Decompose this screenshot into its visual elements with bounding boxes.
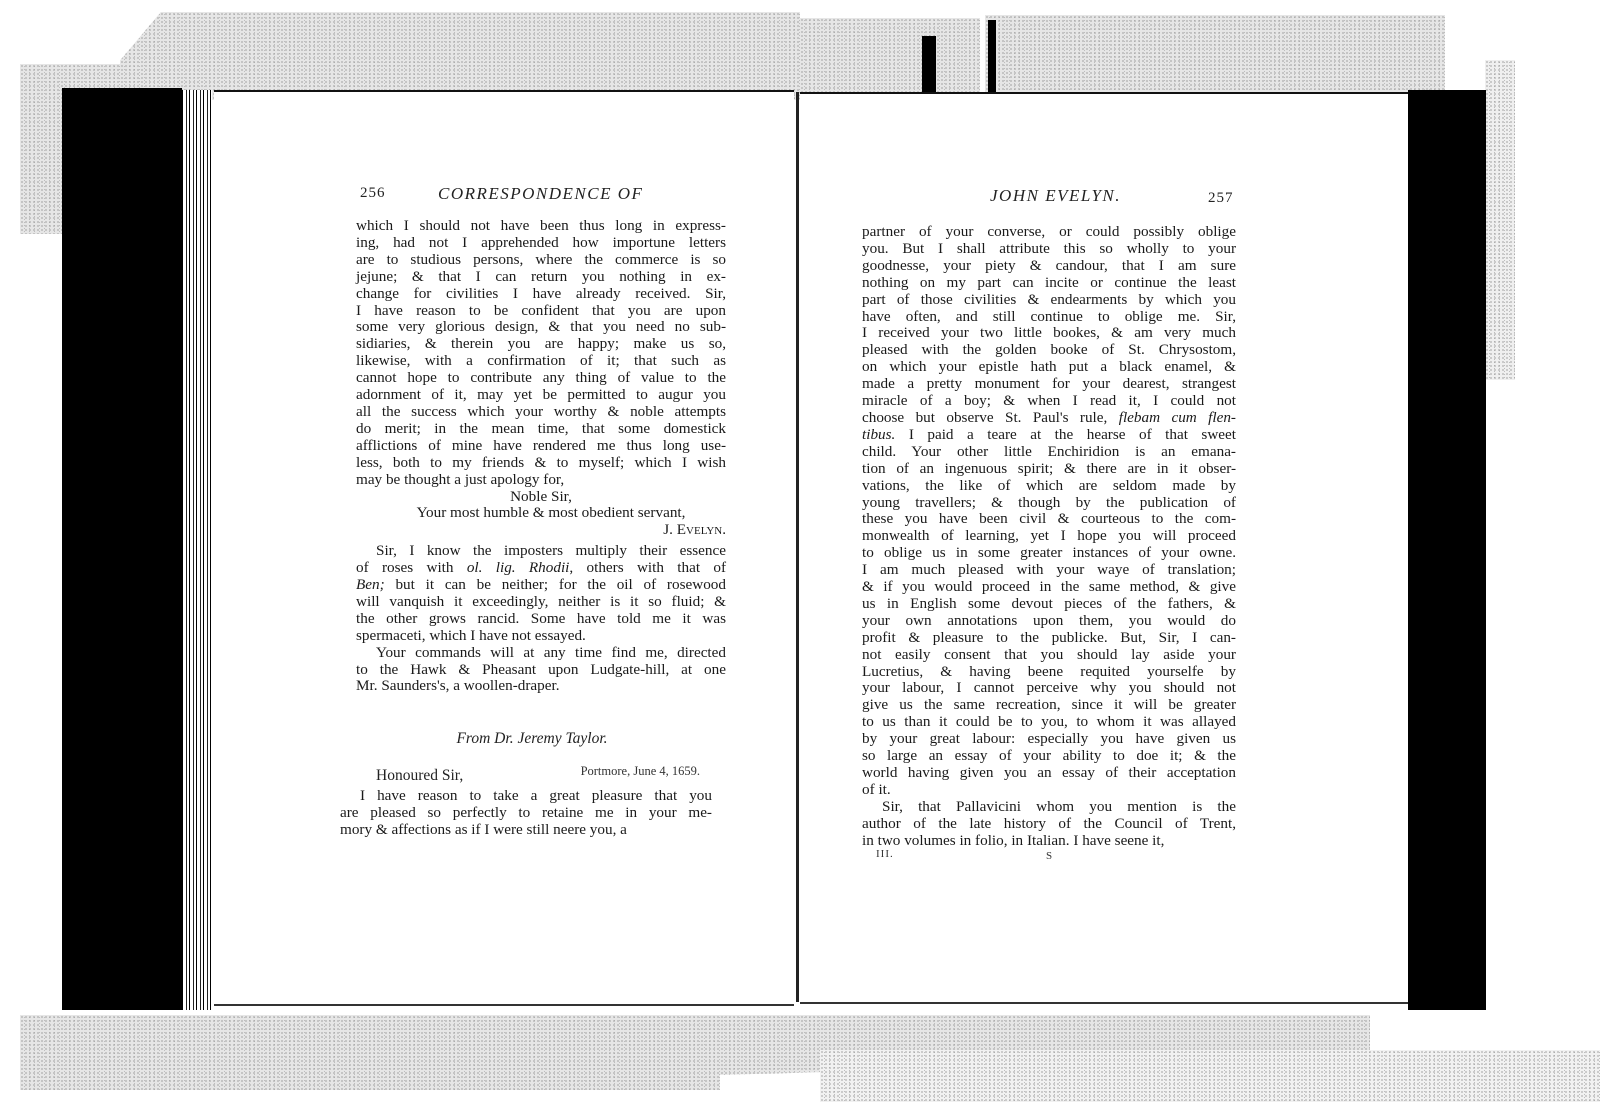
scan-noise: [120, 12, 800, 100]
text-line: afflictions of mine have rendered me thu…: [356, 438, 726, 455]
text-line: in two volumes in folio, in Italian. I h…: [862, 833, 1236, 850]
text-line: nothing on my part can incite or continu…: [862, 275, 1236, 292]
text-line: may be thought a just apology for,: [356, 472, 726, 489]
text-line: profit & pleasure to the publicke. But, …: [862, 630, 1236, 647]
page-number-right: 257: [1208, 190, 1234, 207]
text-line: world having given you an essay of their…: [862, 765, 1236, 782]
letter-heading: From Dr. Jeremy Taylor.: [340, 730, 724, 748]
text-line: spermaceti, which I have not essayed.: [356, 628, 726, 645]
text-line: give us the same recreation, since it wi…: [862, 697, 1236, 714]
text-line: jejune; & that I can return you nothing …: [356, 269, 726, 286]
postscript: Sir, I know the imposters multiply their…: [356, 543, 726, 644]
text-line: sidiaries, & therein you are happy; make…: [356, 336, 726, 353]
text-line: on which your epistle hath put a black e…: [862, 359, 1236, 376]
scan-noise: [1485, 60, 1515, 380]
text-line: to us than it could be to you, to whom i…: [862, 714, 1236, 731]
text-line: made a pretty monument for your dearest,…: [862, 376, 1236, 393]
valediction: Your most humble & most obedient servant…: [356, 505, 726, 522]
text-line: miracle of a boy; & when I read it, I co…: [862, 393, 1236, 410]
text-line: of roses with ol. lig. Rhodii, others wi…: [356, 560, 726, 577]
text-line: which I should not have been thus long i…: [356, 218, 726, 235]
text-line: not easily consent that you should lay a…: [862, 647, 1236, 664]
text-line: less, both to my friends & to myself; wh…: [356, 455, 726, 472]
page-edges-left: [182, 90, 212, 1010]
scan-noise: [820, 1050, 1600, 1102]
book-cover-right: [1408, 90, 1486, 1010]
letter-salutation: Honoured Sir,: [376, 767, 463, 785]
new-letter-body: I have reason to take a great pleasure t…: [340, 788, 712, 839]
running-head-right: JOHN EVELYN.: [990, 186, 1121, 206]
text-line: your labour, I cannot perceive why you s…: [862, 680, 1236, 697]
signature-mark: S: [1046, 850, 1052, 862]
bookmark-tab: [922, 36, 936, 94]
scan-noise: [985, 15, 1445, 95]
text-line: cannot hope to contribute any thing of v…: [356, 370, 726, 387]
text-line: ing, had not I apprehended how importune…: [356, 235, 726, 252]
text-line: adornment of it, may yet be permitted to…: [356, 387, 726, 404]
text-line: Lucretius, & having beene requited yours…: [862, 664, 1236, 681]
text-line: likewise, with a confirmation of it; tha…: [356, 353, 726, 370]
text-line: to the Hawk & Pheasant upon Ludgate-hill…: [356, 662, 726, 679]
text-line: mory & affections as if I were still nee…: [340, 822, 712, 839]
scan-noise: [20, 1015, 720, 1090]
text-line: are pleased so perfectly to retaine me i…: [340, 805, 712, 822]
text-line: Your commands will at any time find me, …: [356, 645, 726, 662]
text-line: us in English some devout pieces of the …: [862, 596, 1236, 613]
text-line: I am much pleased with your waye of tran…: [862, 562, 1236, 579]
text-line: child. Your other little Enchiridion is …: [862, 444, 1236, 461]
text-line: these you have been civil & courteous to…: [862, 511, 1236, 528]
text-line: Ben; but it can be neither; for the oil …: [356, 577, 726, 594]
letter-body: partner of your converse, or could possi…: [862, 224, 1236, 799]
signature: J. Evelyn.: [356, 522, 726, 539]
text-line: change for civilities I have already rec…: [356, 286, 726, 303]
signature-volume: III.: [876, 848, 894, 860]
text-line: have often, and still continue to oblige…: [862, 309, 1236, 326]
right-page-body: partner of your converse, or could possi…: [862, 224, 1236, 850]
text-line: all the success which your worthy & nobl…: [356, 404, 726, 421]
text-line: Mr. Saunders's, a woollen-draper.: [356, 678, 726, 695]
address-note: Your commands will at any time find me, …: [356, 645, 726, 696]
text-line: the other grows rancid. Some have told m…: [356, 611, 726, 628]
text-line: you. But I shall attribute this so wholl…: [862, 241, 1236, 258]
book-gutter: [796, 92, 799, 1002]
text-line: to oblige us in some greater instances o…: [862, 545, 1236, 562]
text-line: & if you would proceed in the same metho…: [862, 579, 1236, 596]
text-line: some very glorious design, & that you ne…: [356, 319, 726, 336]
text-line: so large an essay of your ability to doe…: [862, 748, 1236, 765]
text-line: partner of your converse, or could possi…: [862, 224, 1236, 241]
text-line: goodnesse, your piety & candour, that I …: [862, 258, 1236, 275]
text-line: author of the late history of the Counci…: [862, 816, 1236, 833]
letter-paragraph: Sir, that Pallavicini whom you mention i…: [862, 799, 1236, 850]
page-number-left: 256: [360, 185, 386, 202]
text-line: tion of an ingenuous spirit; & there are…: [862, 461, 1236, 478]
text-line: young travellers; & though by the public…: [862, 495, 1236, 512]
scan-noise: [800, 18, 980, 98]
text-line: I received your two little bookes, & am …: [862, 325, 1236, 342]
book-cover-left: [62, 88, 182, 1010]
text-line: part of those civilities & endearments b…: [862, 292, 1236, 309]
left-page-body: which I should not have been thus long i…: [356, 218, 726, 695]
text-line: are to studious persons, where the comme…: [356, 252, 726, 269]
letter-text: I have reason to take a great pleasure t…: [340, 788, 712, 839]
bookmark-tab: [988, 20, 996, 94]
text-line: of it.: [862, 782, 1236, 799]
text-line: tibus. I paid a teare at the hearse of t…: [862, 427, 1236, 444]
text-line: will vanquish it exceedingly, neither is…: [356, 594, 726, 611]
text-line: I have reason to be confident that you a…: [356, 303, 726, 320]
text-line: Sir, that Pallavicini whom you mention i…: [862, 799, 1236, 816]
letter-body: which I should not have been thus long i…: [356, 218, 726, 489]
text-line: pleased with the golden booke of St. Chr…: [862, 342, 1236, 359]
text-line: your own annotations upon them, you woul…: [862, 613, 1236, 630]
text-line: I have reason to take a great pleasure t…: [340, 788, 712, 805]
text-line: by your great labour: especially you hav…: [862, 731, 1236, 748]
text-line: vations, the like of which are seldom ma…: [862, 478, 1236, 495]
text-line: choose but observe St. Paul's rule, fleb…: [862, 410, 1236, 427]
text-line: Sir, I know the imposters multiply their…: [356, 543, 726, 560]
text-line: monwealth of learning, yet I hope you wi…: [862, 528, 1236, 545]
running-head-left: CORRESPONDENCE OF: [438, 184, 643, 204]
closing: Noble Sir,: [356, 489, 726, 506]
text-line: do merit; in the mean time, that some do…: [356, 421, 726, 438]
